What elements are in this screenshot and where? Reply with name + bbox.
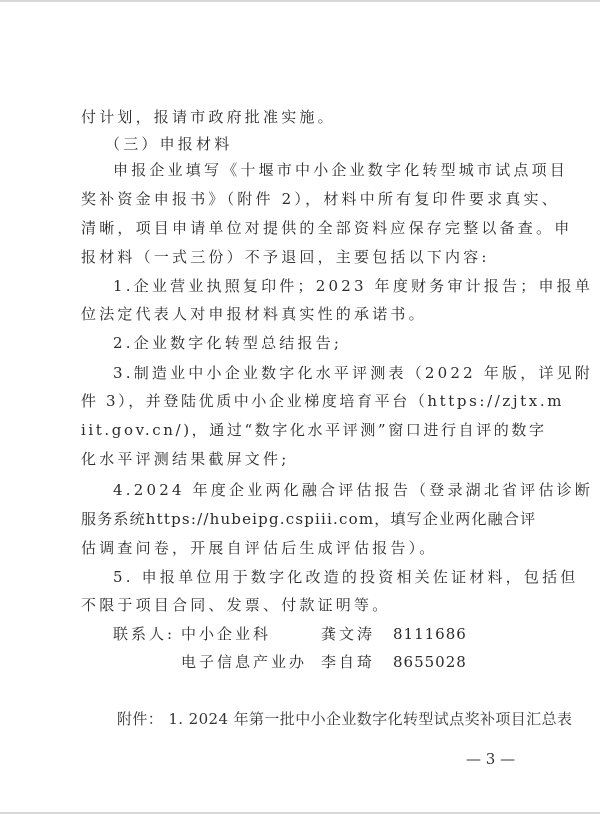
- paragraph-line: 位法定代表人对申报材料真实性的承诺书。: [81, 303, 521, 325]
- list-item-4: 4.2024 年度企业两化融合评估报告（登录湖北省评估诊断: [113, 479, 521, 501]
- section-heading: （三）申报材料: [105, 133, 513, 155]
- contact-phone: 8655028: [393, 651, 467, 673]
- paragraph-line: 清晰，项目申请单位对提供的全部资料应保存完整以备查。申: [81, 217, 521, 239]
- paragraph-line: 奖补资金申报书》（附件 2），材料中所有复印件要求真实、: [81, 188, 521, 210]
- paragraph-line: 估调查问卷，开展自评估后生成评估报告）。: [81, 537, 521, 559]
- list-item-3: 3.制造业中小企业数字化水平评测表（2022 年版，详见附: [113, 362, 521, 384]
- contact-dept: 电子信息产业办: [181, 651, 307, 673]
- paragraph-line: iit.gov.cn/)，通过“数字化水平评测”窗口进行自评的数字: [81, 419, 521, 441]
- contact-name: 龚文涛: [321, 623, 375, 645]
- document-page: 付计划，报请市政府批准实施。 （三）申报材料 申报企业填写《十堰市中小企业数字化…: [0, 0, 600, 814]
- list-item-5: 5. 申报单位用于数字化改造的投资相关佐证材料，包括但: [113, 566, 521, 588]
- list-item-2: 2.企业数字化转型总结报告;: [113, 332, 521, 354]
- paragraph-line: 化水平评测结果截屏文件;: [81, 448, 521, 470]
- attachment-note: 附件： 1. 2024 年第一批中小企业数字化转型试点奖补项目汇总表: [117, 708, 572, 730]
- page-number: — 3 —: [466, 748, 515, 770]
- paragraph-line: 申报企业填写《十堰市中小企业数字化转型城市试点项目: [113, 159, 521, 181]
- paragraph-line: 服务系统https://hubeipg.cspiii.com，填写企业两化融合评: [81, 508, 521, 530]
- contact-phone: 8111686: [393, 623, 467, 645]
- page-top-border: [0, 0, 600, 2]
- list-item-1: 1.企业营业执照复印件；2023 年度财务审计报告；申报单: [113, 275, 521, 297]
- paragraph-line: 件 3），并登陆优质中小企业梯度培育平台（https://zjtx.m: [81, 390, 521, 412]
- paragraph-line: 报材料（一式三份）不予退回，主要包括以下内容:: [81, 246, 521, 268]
- contacts-label: 联系人:: [113, 623, 175, 645]
- contact-dept: 中小企业科: [181, 623, 271, 645]
- paragraph-line: 付计划，报请市政府批准实施。: [81, 106, 521, 128]
- contact-name: 李自琦: [321, 651, 375, 673]
- paragraph-line: 不限于项目合同、发票、付款证明等。: [81, 594, 521, 616]
